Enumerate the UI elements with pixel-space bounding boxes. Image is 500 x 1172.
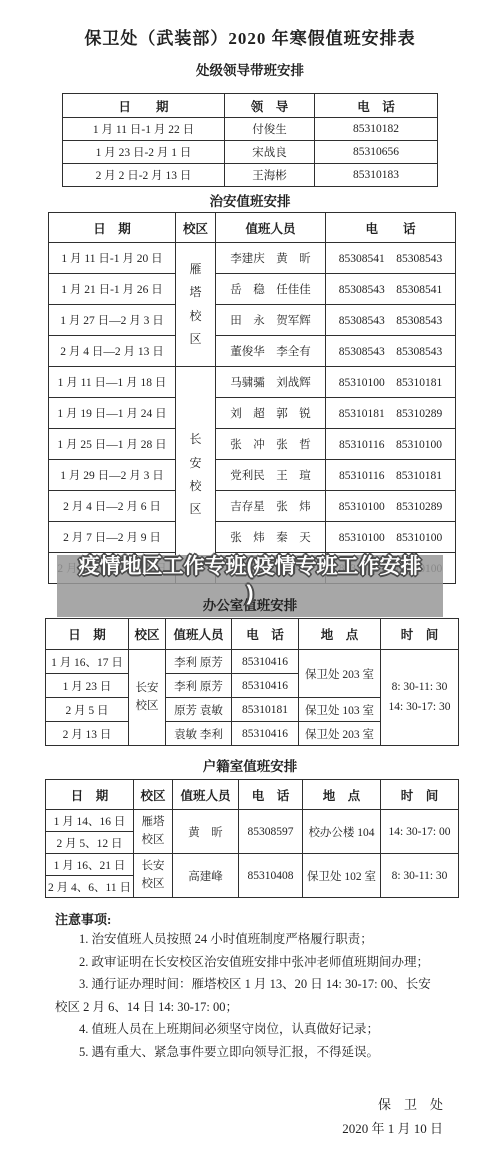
time-cell: 8: 30-11: 30 14: 30-17: 30 <box>381 650 459 746</box>
leader-cell: 付俊生 <box>225 118 315 141</box>
col-header-place: 地 点 <box>299 619 381 650</box>
table-header-row: 日 期 校区 值班人员 电 话 地 点 时 间 <box>46 780 459 810</box>
section-title-security: 治安值班安排 <box>0 193 500 210</box>
table-row: 1 月 11 日-1 月 22 日 付俊生 85310182 <box>63 118 438 141</box>
security-duty-table: 日 期 校区 值班人员 电 话 1 月 11 日-1 月 20 日 雁塔校区 李… <box>48 212 456 584</box>
table-row: 1 月 29 日—2 月 3 日 党利民 王 瑄 85310116 853101… <box>49 460 456 491</box>
col-header-campus: 校区 <box>176 213 216 243</box>
campus-cell: 雁塔校区 <box>134 810 173 854</box>
date-cell: 1 月 29 日—2 月 3 日 <box>49 460 176 491</box>
staff-cell: 张 冲 张 哲 <box>216 429 326 460</box>
date-cell: 1 月 11 日-1 月 22 日 <box>63 118 225 141</box>
date-cell: 2 月 7 日—2 月 9 日 <box>49 522 176 553</box>
staff-cell: 马骕骦 刘战辉 <box>216 367 326 398</box>
col-header-leader: 领 导 <box>225 94 315 118</box>
note-item-1: 1. 治安值班人员按照 24 小时值班制度严格履行职责； <box>55 928 440 951</box>
table-row: 2 月 7 日—2 月 9 日 张 炜 秦 天 85310100 8531010… <box>49 522 456 553</box>
phone-cell: 85310416 <box>232 650 299 674</box>
phone-cell: 85308543 85308543 <box>326 336 456 367</box>
document-page: 保卫处（武装部）2020 年寒假值班安排表 处级领导带班安排 日 期 领 导 电… <box>0 0 500 1172</box>
phone-cell: 85310416 <box>232 722 299 746</box>
campus-cell: 长安校区 <box>129 650 166 746</box>
leader-cell: 王海彬 <box>225 164 315 187</box>
place-cell: 校办公楼 104 <box>303 810 381 854</box>
note-item-2: 2. 政审证明在长安校区治安值班安排中张冲老师值班期间办理； <box>55 951 440 974</box>
phone-cell: 85310116 85310181 <box>326 460 456 491</box>
phone-cell: 85308541 85308543 <box>326 243 456 274</box>
table-row: 2 月 4 日—2 月 6 日 吉存星 张 炜 85310100 8531028… <box>49 491 456 522</box>
date-cell: 1 月 16、21 日 <box>46 854 134 876</box>
campus-label: 长安校区 <box>140 858 166 894</box>
campus-vertical-label: 长安校区 <box>188 428 203 522</box>
staff-cell: 岳 稳 任佳佳 <box>216 274 326 305</box>
place-cell: 保卫处 203 室 <box>299 650 381 698</box>
leader-duty-table: 日 期 领 导 电 话 1 月 11 日-1 月 22 日 付俊生 853101… <box>62 93 438 187</box>
phone-cell: 85308597 <box>239 810 303 854</box>
place-cell: 保卫处 102 室 <box>303 854 381 898</box>
notes-heading: 注意事项: <box>55 911 440 928</box>
time-range-afternoon: 14: 30-17: 30 <box>383 698 456 718</box>
staff-cell: 李利 原芳 <box>166 674 232 698</box>
col-header-phone: 电 话 <box>239 780 303 810</box>
date-cell: 1 月 23 日-2 月 1 日 <box>63 141 225 164</box>
staff-cell: 田 永 贺军辉 <box>216 305 326 336</box>
overlay-banner: 疫情地区工作专班(疫情专班工作安排 ) <box>57 553 443 608</box>
staff-cell: 吉存星 张 炜 <box>216 491 326 522</box>
place-cell: 保卫处 103 室 <box>299 698 381 722</box>
date-cell: 1 月 16、17 日 <box>46 650 129 674</box>
col-header-time: 时 间 <box>381 619 459 650</box>
campus-vertical-label: 雁塔校区 <box>188 258 203 352</box>
col-header-phone: 电 话 <box>232 619 299 650</box>
table-row: 1 月 23 日-2 月 1 日 宋战良 85310656 <box>63 141 438 164</box>
col-header-campus: 校区 <box>134 780 173 810</box>
col-header-phone: 电 话 <box>326 213 456 243</box>
col-header-date: 日 期 <box>49 213 176 243</box>
table-row: 1 月 11 日-1 月 20 日 雁塔校区 李建庆 黄 昕 85308541 … <box>49 243 456 274</box>
phone-cell: 85310100 85310289 <box>326 491 456 522</box>
signature-department: 保 卫 处 <box>0 1096 443 1113</box>
staff-cell: 袁敏 李利 <box>166 722 232 746</box>
date-cell: 1 月 11 日—1 月 18 日 <box>49 367 176 398</box>
staff-cell: 李建庆 黄 昕 <box>216 243 326 274</box>
campus-label: 长安校区 <box>134 680 160 716</box>
staff-cell: 高建峰 <box>173 854 239 898</box>
col-header-date: 日 期 <box>46 619 129 650</box>
col-header-campus: 校区 <box>129 619 166 650</box>
table-header-row: 日 期 校区 值班人员 电 话 <box>49 213 456 243</box>
date-cell: 1 月 14、16 日 <box>46 810 134 832</box>
section-title-leader: 处级领导带班安排 <box>0 62 500 79</box>
staff-cell: 黄 昕 <box>173 810 239 854</box>
phone-cell: 85310116 85310100 <box>326 429 456 460</box>
col-header-staff: 值班人员 <box>173 780 239 810</box>
table-row: 1 月 25 日—1 月 28 日 张 冲 张 哲 85310116 85310… <box>49 429 456 460</box>
campus-cell-changan: 长安校区 <box>176 367 216 584</box>
date-cell: 1 月 19 日—1 月 24 日 <box>49 398 176 429</box>
overlay-banner-text-line1: 疫情地区工作专班(疫情专班工作安排 <box>57 553 443 580</box>
staff-cell: 李利 原芳 <box>166 650 232 674</box>
note-item-5: 5. 遇有重大、紧急事件要立即向领导汇报，不得延误。 <box>55 1041 440 1064</box>
col-header-staff: 值班人员 <box>216 213 326 243</box>
date-cell: 1 月 21 日-1 月 26 日 <box>49 274 176 305</box>
table-row: 1 月 16、17 日 长安校区 李利 原芳 85310416 保卫处 203 … <box>46 650 459 674</box>
table-row: 2 月 2 日-2 月 13 日 王海彬 85310183 <box>63 164 438 187</box>
time-range-morning: 8: 30-11: 30 <box>383 678 456 698</box>
campus-cell: 长安校区 <box>134 854 173 898</box>
col-header-place: 地 点 <box>303 780 381 810</box>
phone-cell: 85310100 85310181 <box>326 367 456 398</box>
section-title-household: 户籍室值班安排 <box>0 758 500 775</box>
household-duty-table: 日 期 校区 值班人员 电 话 地 点 时 间 1 月 14、16 日 雁塔校区… <box>45 779 459 898</box>
table-row: 1 月 21 日-1 月 26 日 岳 稳 任佳佳 85308543 85308… <box>49 274 456 305</box>
staff-cell: 董俊华 李全有 <box>216 336 326 367</box>
phone-cell: 85310100 85310100 <box>326 522 456 553</box>
signature-date: 2020 年 1 月 10 日 <box>0 1120 443 1137</box>
date-cell: 2 月 2 日-2 月 13 日 <box>63 164 225 187</box>
place-cell: 保卫处 203 室 <box>299 722 381 746</box>
col-header-date: 日 期 <box>63 94 225 118</box>
phone-cell: 85310656 <box>315 141 438 164</box>
col-header-date: 日 期 <box>46 780 134 810</box>
campus-label: 雁塔校区 <box>140 814 166 850</box>
table-row: 1 月 14、16 日 雁塔校区 黄 昕 85308597 校办公楼 104 1… <box>46 810 459 832</box>
phone-cell: 85310182 <box>315 118 438 141</box>
table-row: 2 月 4 日—2 月 13 日 董俊华 李全有 85308543 853085… <box>49 336 456 367</box>
date-cell: 2 月 4 日—2 月 6 日 <box>49 491 176 522</box>
table-header-row: 日 期 领 导 电 话 <box>63 94 438 118</box>
office-duty-table: 日 期 校区 值班人员 电 话 地 点 时 间 1 月 16、17 日 长安校区… <box>45 618 459 746</box>
time-cell: 14: 30-17: 00 <box>381 810 459 854</box>
note-item-3: 3. 通行证办理时间：雁塔校区 1 月 13、20 日 14: 30-17: 0… <box>55 973 440 1018</box>
phone-cell: 85308543 85308541 <box>326 274 456 305</box>
phone-cell: 85310181 85310289 <box>326 398 456 429</box>
phone-cell: 85310408 <box>239 854 303 898</box>
date-cell: 2 月 5、12 日 <box>46 832 134 854</box>
overlay-banner-text-line2: ) <box>57 580 443 608</box>
notes-section: 注意事项: 1. 治安值班人员按照 24 小时值班制度严格履行职责； 2. 政审… <box>0 911 500 1063</box>
col-header-time: 时 间 <box>381 780 459 810</box>
time-cell: 8: 30-11: 30 <box>381 854 459 898</box>
table-header-row: 日 期 校区 值班人员 电 话 地 点 时 间 <box>46 619 459 650</box>
date-cell: 1 月 23 日 <box>46 674 129 698</box>
date-cell: 2 月 5 日 <box>46 698 129 722</box>
date-cell: 2 月 13 日 <box>46 722 129 746</box>
signature-block: 保 卫 处 2020 年 1 月 10 日 <box>0 1096 500 1137</box>
date-cell: 1 月 11 日-1 月 20 日 <box>49 243 176 274</box>
page-title: 保卫处（武装部）2020 年寒假值班安排表 <box>0 0 500 51</box>
phone-cell: 85308543 85308543 <box>326 305 456 336</box>
leader-cell: 宋战良 <box>225 141 315 164</box>
staff-cell: 刘 超 郭 锐 <box>216 398 326 429</box>
col-header-phone: 电 话 <box>315 94 438 118</box>
phone-cell: 85310183 <box>315 164 438 187</box>
note-item-4: 4. 值班人员在上班期间必须坚守岗位，认真做好记录； <box>55 1018 440 1041</box>
phone-cell: 85310416 <box>232 674 299 698</box>
campus-cell-yanta: 雁塔校区 <box>176 243 216 367</box>
staff-cell: 原芳 袁敏 <box>166 698 232 722</box>
date-cell: 1 月 27 日—2 月 3 日 <box>49 305 176 336</box>
phone-cell: 85310181 <box>232 698 299 722</box>
staff-cell: 张 炜 秦 天 <box>216 522 326 553</box>
table-row: 1 月 27 日—2 月 3 日 田 永 贺军辉 85308543 853085… <box>49 305 456 336</box>
table-row: 1 月 16、21 日 长安校区 高建峰 85310408 保卫处 102 室 … <box>46 854 459 876</box>
table-row: 1 月 11 日—1 月 18 日 长安校区 马骕骦 刘战辉 85310100 … <box>49 367 456 398</box>
date-cell: 2 月 4、6、11 日 <box>46 876 134 898</box>
date-cell: 1 月 25 日—1 月 28 日 <box>49 429 176 460</box>
table-row: 1 月 19 日—1 月 24 日 刘 超 郭 锐 85310181 85310… <box>49 398 456 429</box>
date-cell: 2 月 4 日—2 月 13 日 <box>49 336 176 367</box>
staff-cell: 党利民 王 瑄 <box>216 460 326 491</box>
col-header-staff: 值班人员 <box>166 619 232 650</box>
